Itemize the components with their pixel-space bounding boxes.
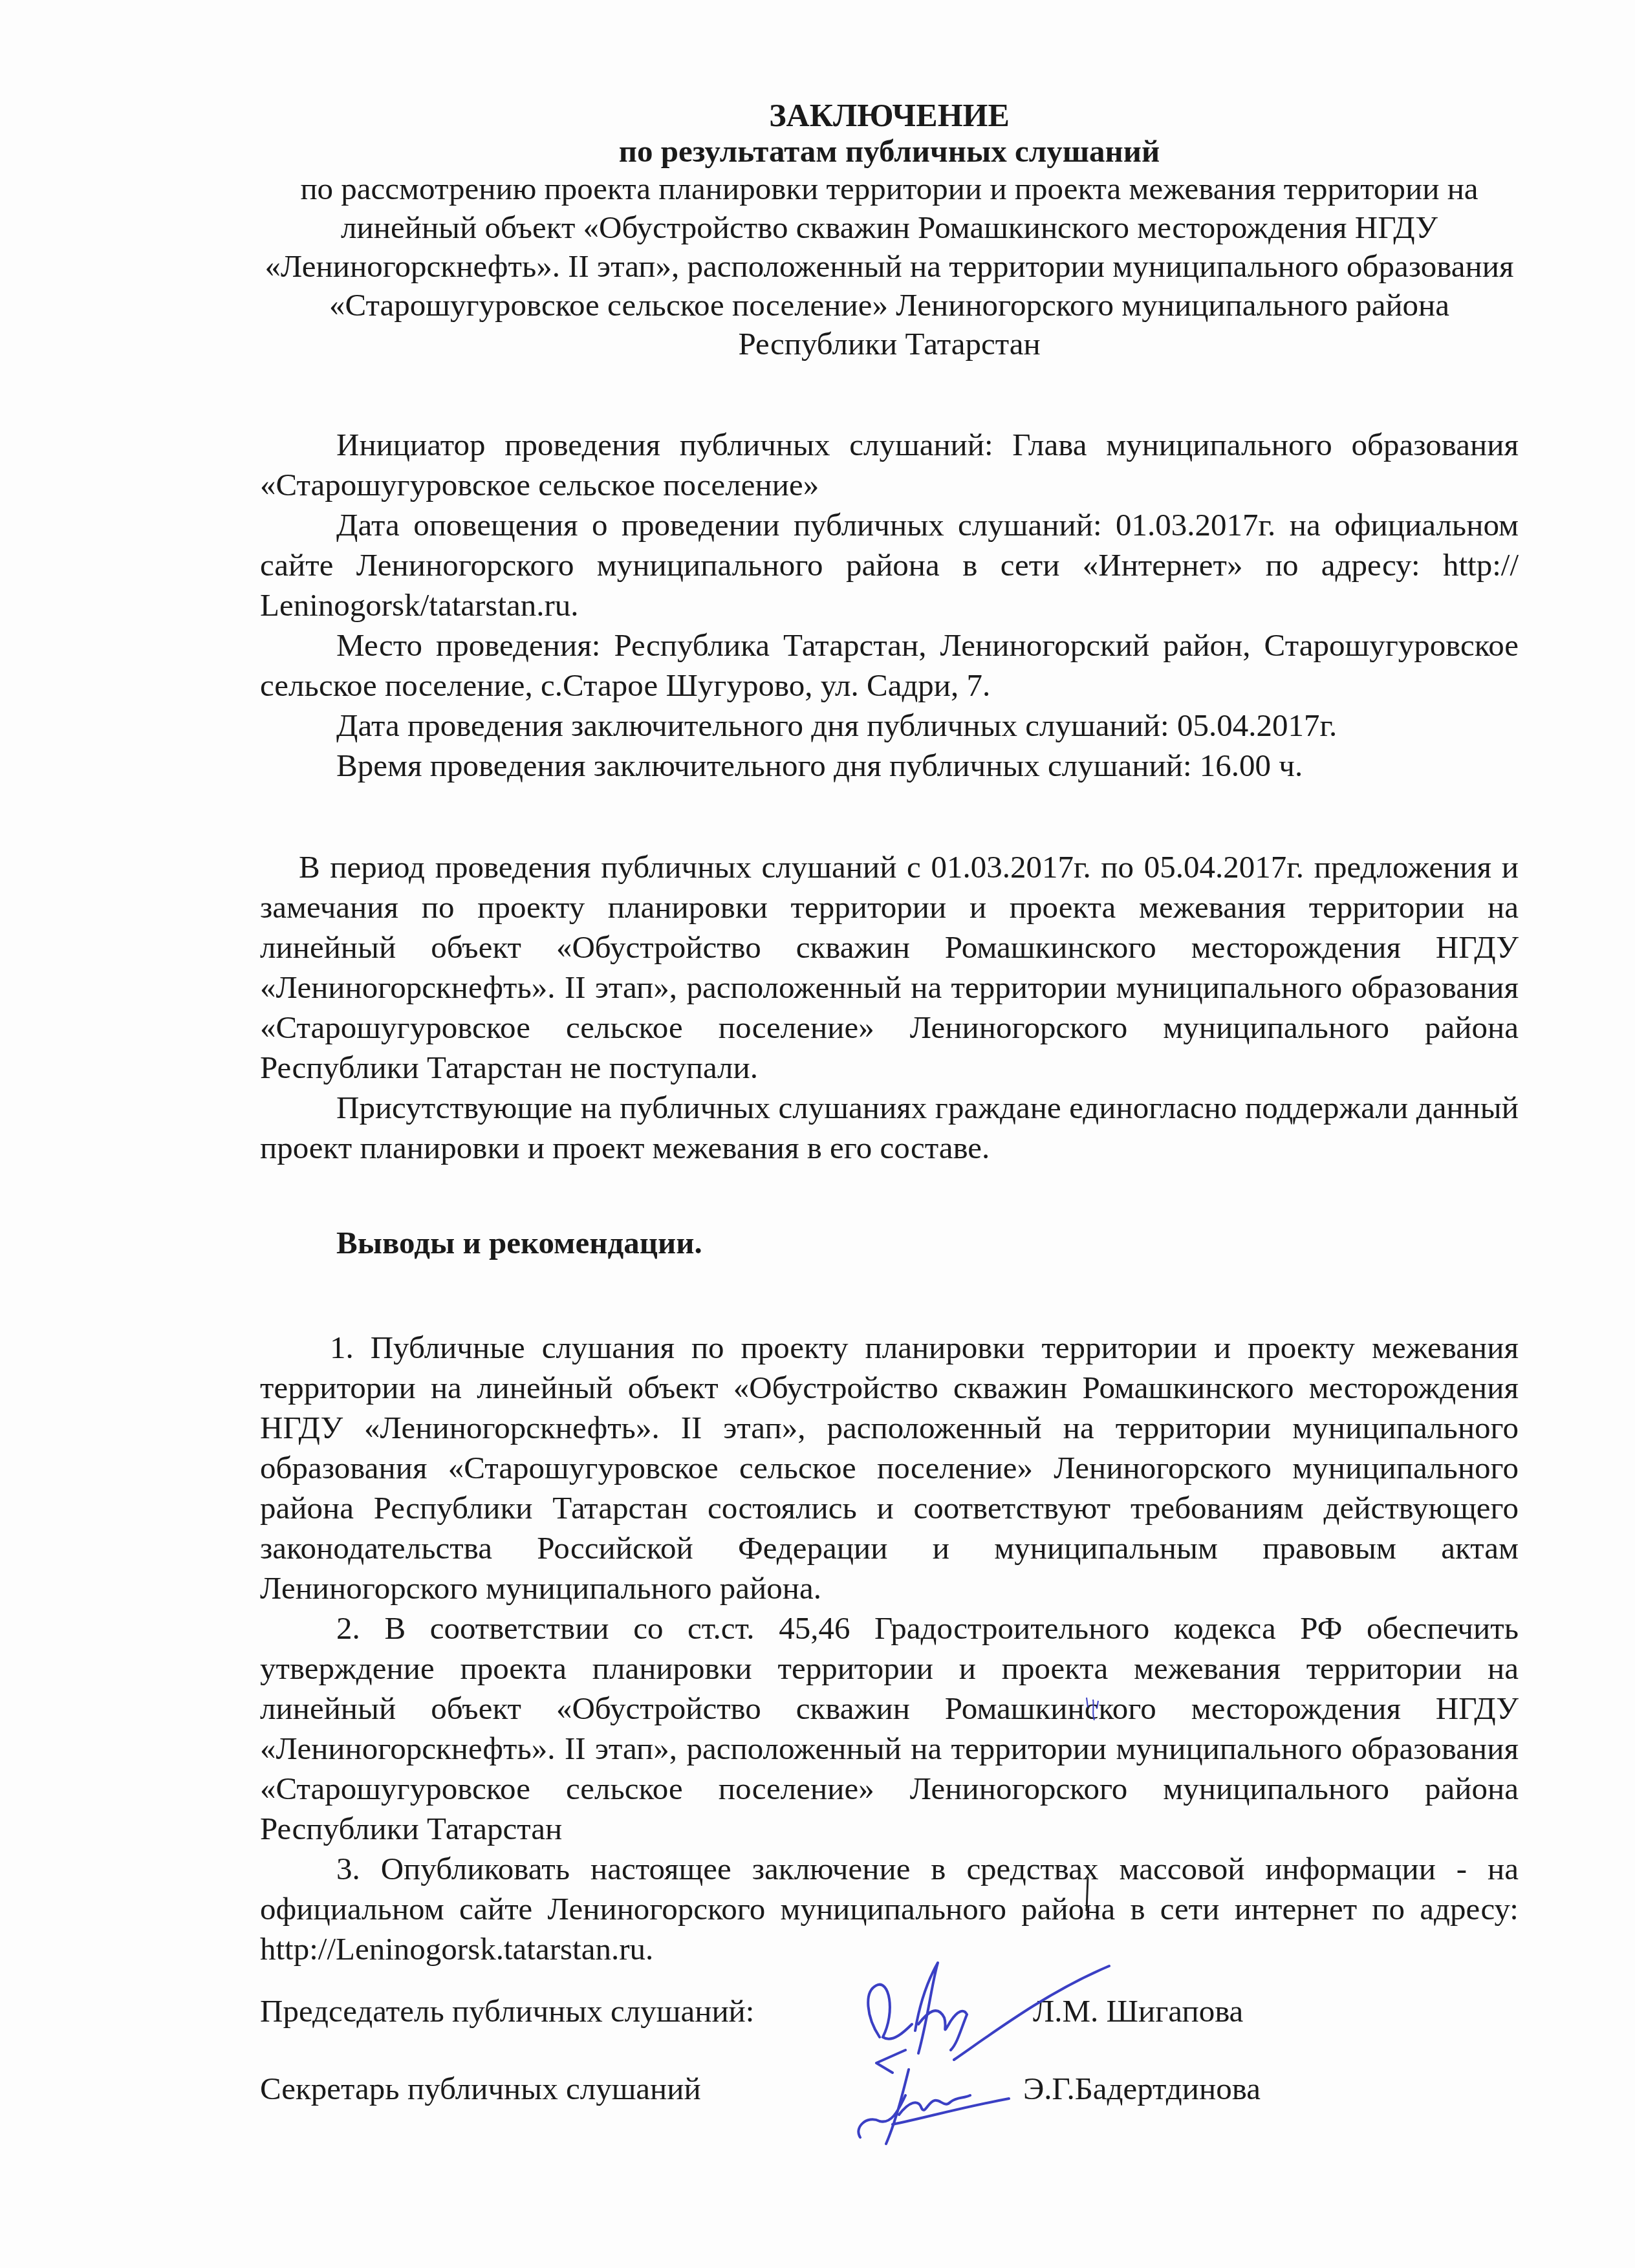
pen-stroke-icon xyxy=(1081,1875,1094,1914)
secretary-role-label: Секретарь публичных слушаний xyxy=(260,2069,701,2108)
final-day-date-paragraph: Дата проведения заключительного дня публ… xyxy=(260,706,1519,746)
conclusion-item-2: 2. В соответствии со ст.ст. 45,46 Градос… xyxy=(260,1608,1519,1849)
venue-paragraph: Место проведения: Республика Татарстан, … xyxy=(260,625,1519,706)
initiator-paragraph: Инициатор проведения публичных слушаний:… xyxy=(260,425,1519,505)
notification-date-paragraph: Дата оповещения о проведении публичных с… xyxy=(260,505,1519,625)
final-day-time-paragraph: Время проведения заключительного дня пуб… xyxy=(260,746,1519,786)
pen-mark-icon xyxy=(1080,1694,1106,1733)
period-paragraph: В период проведения публичных слушаний с… xyxy=(260,847,1519,1088)
conclusion-item-1: 1. Публичные слушания по проекту планиро… xyxy=(260,1328,1519,1608)
document-body: ЗАКЛЮЧЕНИЕ по результатам публичных слуш… xyxy=(260,97,1519,1969)
document-subtitle: по результатам публичных слушаний xyxy=(260,133,1519,169)
conclusions-heading: Выводы и рекомендации. xyxy=(336,1223,1519,1263)
document-subject: по рассмотрению проекта планировки терри… xyxy=(260,169,1519,363)
document-page: ЗАКЛЮЧЕНИЕ по результатам публичных слуш… xyxy=(0,0,1635,2268)
document-title: ЗАКЛЮЧЕНИЕ xyxy=(260,97,1519,133)
chair-role-label: Председатель публичных слушаний: xyxy=(260,1992,754,2031)
chair-signature-icon xyxy=(854,1947,1112,2076)
secretary-signature-icon xyxy=(847,2063,1015,2147)
support-paragraph: Присутствующие на публичных слушаниях гр… xyxy=(260,1088,1519,1168)
